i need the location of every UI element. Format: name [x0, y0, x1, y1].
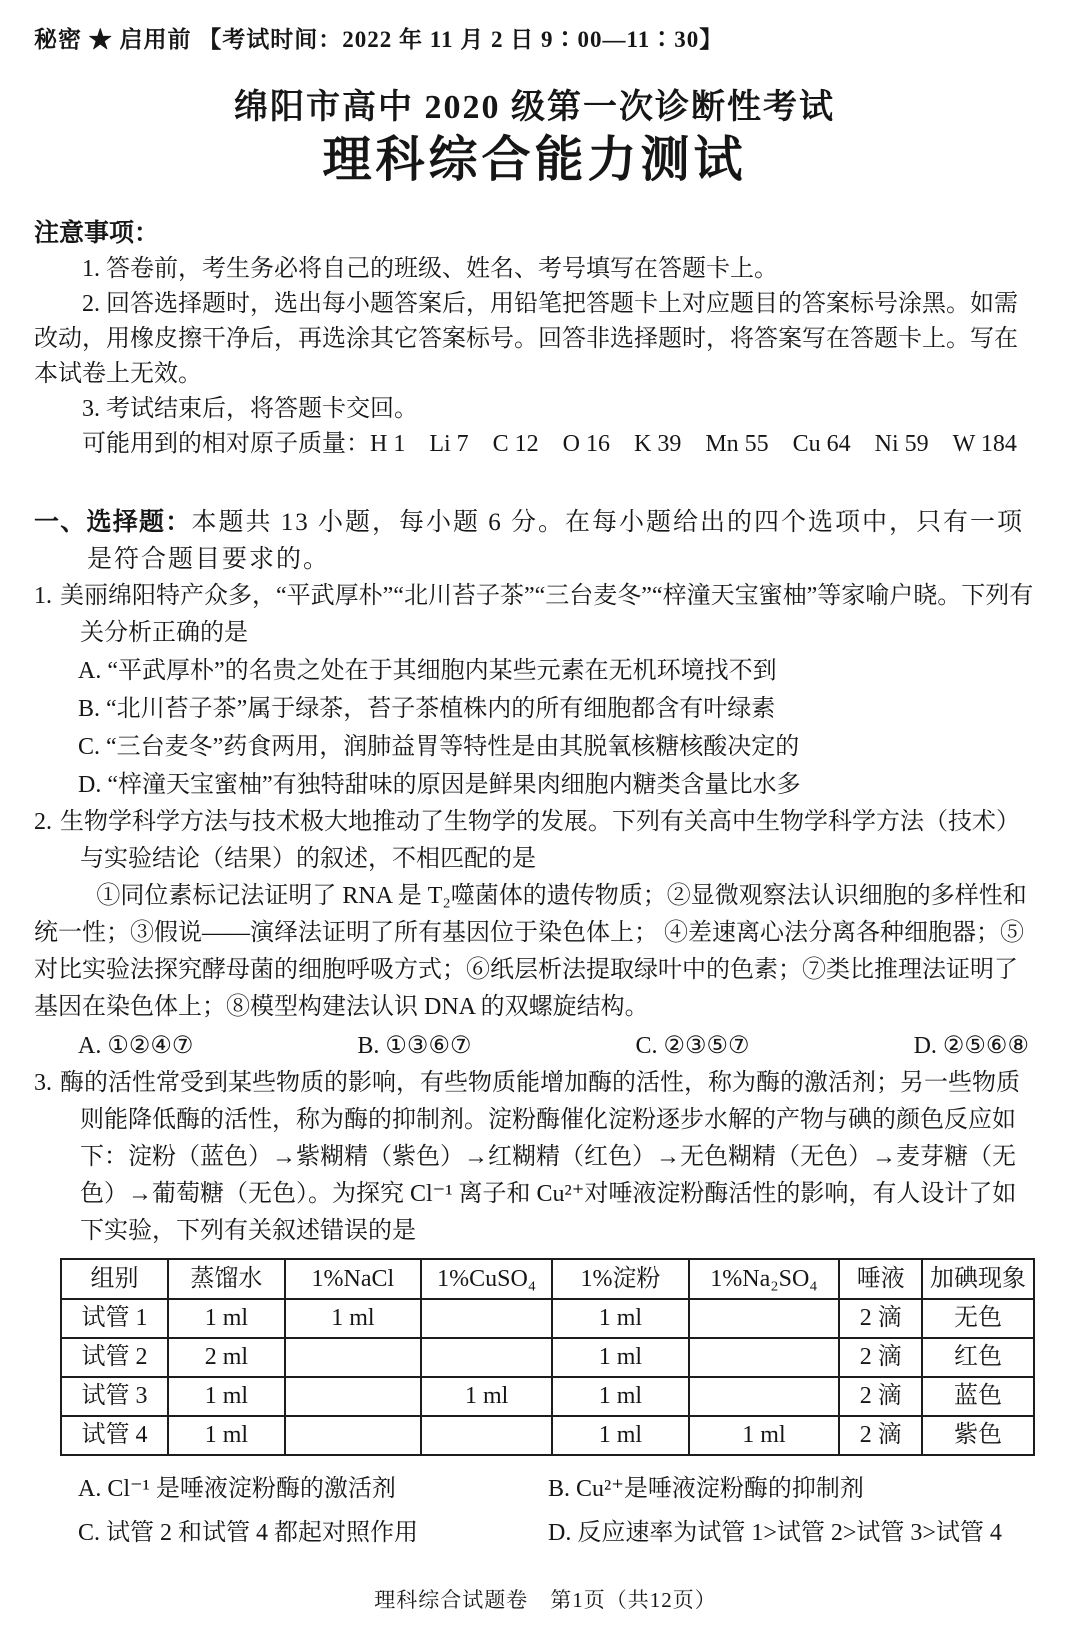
cell — [689, 1377, 840, 1416]
question-1-stem: 1.美丽绵阳特产众多，“平武厚朴”“北川苔子茶”“三台麦冬”“梓潼天宝蜜柚”等家… — [34, 578, 1035, 652]
question-1-option-a: A. “平武厚朴”的名贵之处在于其细胞内某些元素在无机环境找不到 — [78, 653, 1035, 690]
question-1-option-d: D. “梓潼天宝蜜柚”有独特甜味的原因是鲜果肉细胞内糖类含量比水多 — [78, 767, 1035, 804]
question-3-stem: 3.酶的活性常受到某些物质的影响，有些物质能增加酶的活性，称为酶的激活剂；另一些… — [34, 1065, 1035, 1250]
col-header-starch: 1%淀粉 — [552, 1259, 688, 1299]
question-2-text: 生物学科学方法与技术极大地推动了生物学的发展。下列有关高中生物学科学方法（技术）… — [60, 809, 1020, 872]
cell: 1 ml — [168, 1299, 285, 1338]
col-header-cuso4: 1%CuSO₄ — [421, 1259, 552, 1299]
question-2-body: ①同位素标记法证明了 RNA 是 T₂噬菌体的遗传物质；②显微观察法认识细胞的多… — [34, 878, 1035, 1026]
section-intro-text: 本题共 13 小题，每小题 6 分。在每小题给出的四个选项中，只有一项是符合题目… — [87, 509, 1024, 573]
cell: 红色 — [922, 1338, 1034, 1377]
question-3-option-b: B. Cu²⁺是唾液淀粉酶的抑制剂 — [548, 1470, 1035, 1508]
cell: 1 ml — [168, 1416, 285, 1455]
notice-item-2: 2. 回答选择题时，选出每小题答案后，用铅笔把答题卡上对应题目的答案标号涂黑。如… — [34, 287, 1035, 392]
notice-heading: 注意事项： — [34, 216, 1035, 252]
section-label: 一、选择题： — [34, 509, 192, 536]
question-3-option-d: D. 反应速率为试管 1>试管 2>试管 3>试管 4 — [548, 1514, 1035, 1552]
question-3-number: 3. — [34, 1070, 52, 1096]
question-2-option-d: D. ②⑤⑥⑧ — [914, 1028, 1029, 1065]
question-2-option-c: C. ②③⑤⑦ — [635, 1028, 749, 1065]
question-3-options: A. Cl⁻¹ 是唾液淀粉酶的激活剂 B. Cu²⁺是唾液淀粉酶的抑制剂 C. … — [78, 1470, 1035, 1552]
question-2-option-b: B. ①③⑥⑦ — [357, 1028, 471, 1065]
page-footer: 理科综合试题卷 第1页（共12页） — [0, 1584, 1091, 1614]
cell: 1 ml — [552, 1338, 688, 1377]
cell — [421, 1299, 552, 1338]
cell — [285, 1377, 421, 1416]
col-header-iodine-result: 加碘现象 — [922, 1259, 1034, 1299]
cell: 蓝色 — [922, 1377, 1034, 1416]
cell: 1 ml — [689, 1416, 840, 1455]
table-row: 试管 1 1 ml 1 ml 1 ml 2 滴 无色 — [61, 1299, 1034, 1338]
question-3-option-a: A. Cl⁻¹ 是唾液淀粉酶的激活剂 — [78, 1470, 548, 1508]
exam-paper-page: 秘密 ★ 启用前 【考试时间：2022 年 11 月 2 日 9∶00—11∶3… — [0, 0, 1091, 1552]
cell: 2 滴 — [839, 1299, 922, 1338]
question-1-option-b: B. “北川苔子茶”属于绿茶，苔子茶植株内的所有细胞都含有叶绿素 — [78, 691, 1035, 728]
cell — [285, 1416, 421, 1455]
cell: 1 ml — [552, 1416, 688, 1455]
question-2-option-a: A. ①②④⑦ — [78, 1028, 193, 1065]
table-row: 试管 4 1 ml 1 ml 1 ml 2 滴 紫色 — [61, 1416, 1034, 1455]
question-3-option-c: C. 试管 2 和试管 4 都起对照作用 — [78, 1514, 548, 1552]
question-1-option-c: C. “三台麦冬”药食两用，润肺益胃等特性是由其脱氧核糖核酸决定的 — [78, 729, 1035, 766]
cell — [421, 1338, 552, 1377]
question-3-text: 酶的活性常受到某些物质的影响，有些物质能增加酶的活性，称为酶的激活剂；另一些物质… — [60, 1070, 1020, 1244]
atomic-masses-line: 可能用到的相对原子质量：H 1 Li 7 C 12 O 16 K 39 Mn 5… — [34, 427, 1035, 462]
question-1-text: 美丽绵阳特产众多，“平武厚朴”“北川苔子茶”“三台麦冬”“梓潼天宝蜜柚”等家喻户… — [60, 583, 1033, 646]
table-header-row: 组别 蒸馏水 1%NaCl 1%CuSO₄ 1%淀粉 1%Na₂SO₄ 唾液 加… — [61, 1259, 1034, 1299]
cell: 试管 4 — [61, 1416, 168, 1455]
cell: 试管 3 — [61, 1377, 168, 1416]
question-2-stem: 2.生物学科学方法与技术极大地推动了生物学的发展。下列有关高中生物学科学方法（技… — [34, 804, 1035, 878]
cell: 无色 — [922, 1299, 1034, 1338]
col-header-distilled-water: 蒸馏水 — [168, 1259, 285, 1299]
cell: 2 滴 — [839, 1338, 922, 1377]
exam-subtitle: 理科综合能力测试 — [34, 130, 1035, 190]
col-header-group: 组别 — [61, 1259, 168, 1299]
cell — [285, 1338, 421, 1377]
col-header-nacl: 1%NaCl — [285, 1259, 421, 1299]
notice-section: 注意事项： 1. 答卷前，考生务必将自己的班级、姓名、考号填写在答题卡上。 2.… — [34, 216, 1035, 462]
cell: 1 ml — [168, 1377, 285, 1416]
question-2: 2.生物学科学方法与技术极大地推动了生物学的发展。下列有关高中生物学科学方法（技… — [34, 804, 1035, 1065]
cell — [689, 1338, 840, 1377]
experiment-table: 组别 蒸馏水 1%NaCl 1%CuSO₄ 1%淀粉 1%Na₂SO₄ 唾液 加… — [60, 1258, 1035, 1456]
notice-item-1: 1. 答卷前，考生务必将自己的班级、姓名、考号填写在答题卡上。 — [34, 252, 1035, 287]
notice-item-3: 3. 考试结束后，将答题卡交回。 — [34, 392, 1035, 427]
cell — [421, 1416, 552, 1455]
cell: 2 ml — [168, 1338, 285, 1377]
question-3: 3.酶的活性常受到某些物质的影响，有些物质能增加酶的活性，称为酶的激活剂；另一些… — [34, 1065, 1035, 1552]
cell: 1 ml — [552, 1299, 688, 1338]
cell — [689, 1299, 840, 1338]
question-2-number: 2. — [34, 809, 52, 835]
question-1: 1.美丽绵阳特产众多，“平武厚朴”“北川苔子茶”“三台麦冬”“梓潼天宝蜜柚”等家… — [34, 578, 1035, 804]
cell: 1 ml — [552, 1377, 688, 1416]
cell: 2 滴 — [839, 1377, 922, 1416]
cell: 1 ml — [421, 1377, 552, 1416]
col-header-na2so4: 1%Na₂SO₄ — [689, 1259, 840, 1299]
table-row: 试管 2 2 ml 1 ml 2 滴 红色 — [61, 1338, 1034, 1377]
exam-title: 绵阳市高中 2020 级第一次诊断性考试 — [34, 86, 1035, 130]
cell: 1 ml — [285, 1299, 421, 1338]
table-row: 试管 3 1 ml 1 ml 1 ml 2 滴 蓝色 — [61, 1377, 1034, 1416]
section-heading: 一、选择题：本题共 13 小题，每小题 6 分。在每小题给出的四个选项中，只有一… — [34, 504, 1035, 578]
cell: 紫色 — [922, 1416, 1034, 1455]
col-header-saliva: 唾液 — [839, 1259, 922, 1299]
question-1-number: 1. — [34, 583, 52, 609]
question-2-options: A. ①②④⑦ B. ①③⑥⑦ C. ②③⑤⑦ D. ②⑤⑥⑧ — [78, 1028, 1029, 1065]
cell: 2 滴 — [839, 1416, 922, 1455]
cell: 试管 1 — [61, 1299, 168, 1338]
secrecy-header: 秘密 ★ 启用前 【考试时间：2022 年 11 月 2 日 9∶00—11∶3… — [34, 24, 1035, 56]
cell: 试管 2 — [61, 1338, 168, 1377]
